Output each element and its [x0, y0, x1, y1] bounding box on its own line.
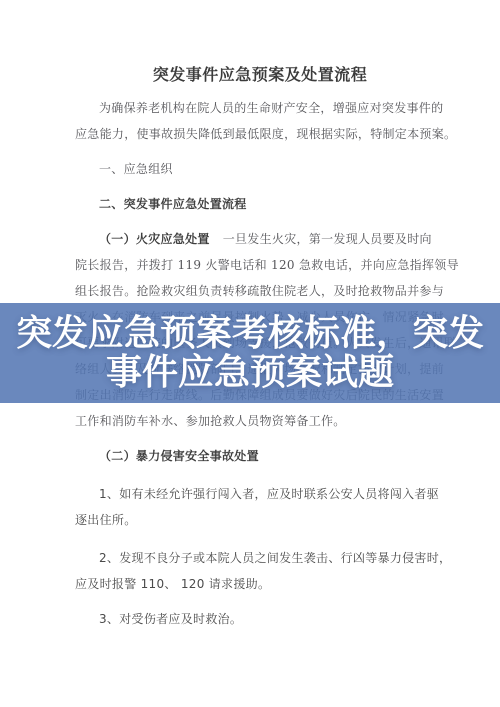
section2-label: 二、突发事件应急处置流程: [75, 191, 445, 217]
fire-lead-rest: 一旦发生火灾，第一发现人员要及时向: [223, 232, 432, 246]
fire-section-lead: （一）火灾应急处置: [99, 232, 210, 246]
section1-label: 一、应急组织: [75, 156, 445, 182]
violence-item-line: 逐出住所。: [75, 507, 445, 533]
document-title: 突发事件应急预案及处置流程: [75, 64, 445, 86]
violence-section-heading: （二）暴力侵害安全事故处置: [75, 443, 445, 469]
fire-line: （一）火灾应急处置一旦发生火灾，第一发现人员要及时向: [75, 226, 445, 252]
section-heading-1: 一、应急组织: [75, 156, 445, 182]
intro-paragraph: 为确保养老机构在院人员的生命财产安全，增强应对突发事件的 应急能力，使事故损失降…: [75, 95, 445, 147]
overlay-title-banner[interactable]: 突发应急预案考核标准，突发 事件应急预案试题: [0, 303, 500, 403]
violence-item-2: 2、发现不良分子或本院人员之间发生袭击、行凶等暴力侵害时， 应及时报警 110、…: [75, 545, 445, 597]
fire-line: 组长报告。抢险救灾组负责转移疏散住院老人，及时抢救物品并参与: [75, 278, 445, 304]
violence-heading-label: （二）暴力侵害安全事故处置: [75, 443, 445, 469]
banner-title-line-2: 事件应急预案试题: [106, 353, 394, 392]
fire-line: 院长报告，并拨打 119 火警电话和 120 急救电话，并向应急指挥领导: [75, 252, 445, 278]
violence-item-1: 1、如有未经允许强行闯入者，应及时联系公安人员将闯入者驱 逐出住所。: [75, 481, 445, 533]
fire-line: 工作和消防车补水、参加抢救人员物资筹备工作。: [75, 408, 445, 434]
violence-item-line: 1、如有未经允许强行闯入者，应及时联系公安人员将闯入者驱: [75, 481, 445, 507]
intro-line: 为确保养老机构在院人员的生命财产安全，增强应对突发事件的: [75, 95, 445, 121]
violence-item-line: 2、发现不良分子或本院人员之间发生袭击、行凶等暴力侵害时，: [75, 545, 445, 571]
violence-item-line: 3、对受伤者应及时救治。: [75, 606, 445, 632]
violence-item-line: 应及时报警 110、 120 请求援助。: [75, 571, 445, 597]
banner-title-line-1: 突发应急预案考核标准，突发: [16, 314, 484, 353]
intro-line: 应急能力，使事故损失降低到最低限度，现根据实际，特制定本预案。: [75, 121, 445, 147]
violence-item-3: 3、对受伤者应及时救治。: [75, 606, 445, 632]
document-page: 突发事件应急预案及处置流程 为确保养老机构在院人员的生命财产安全，增强应对突发事…: [0, 0, 500, 707]
section-heading-2: 二、突发事件应急处置流程: [75, 191, 445, 217]
